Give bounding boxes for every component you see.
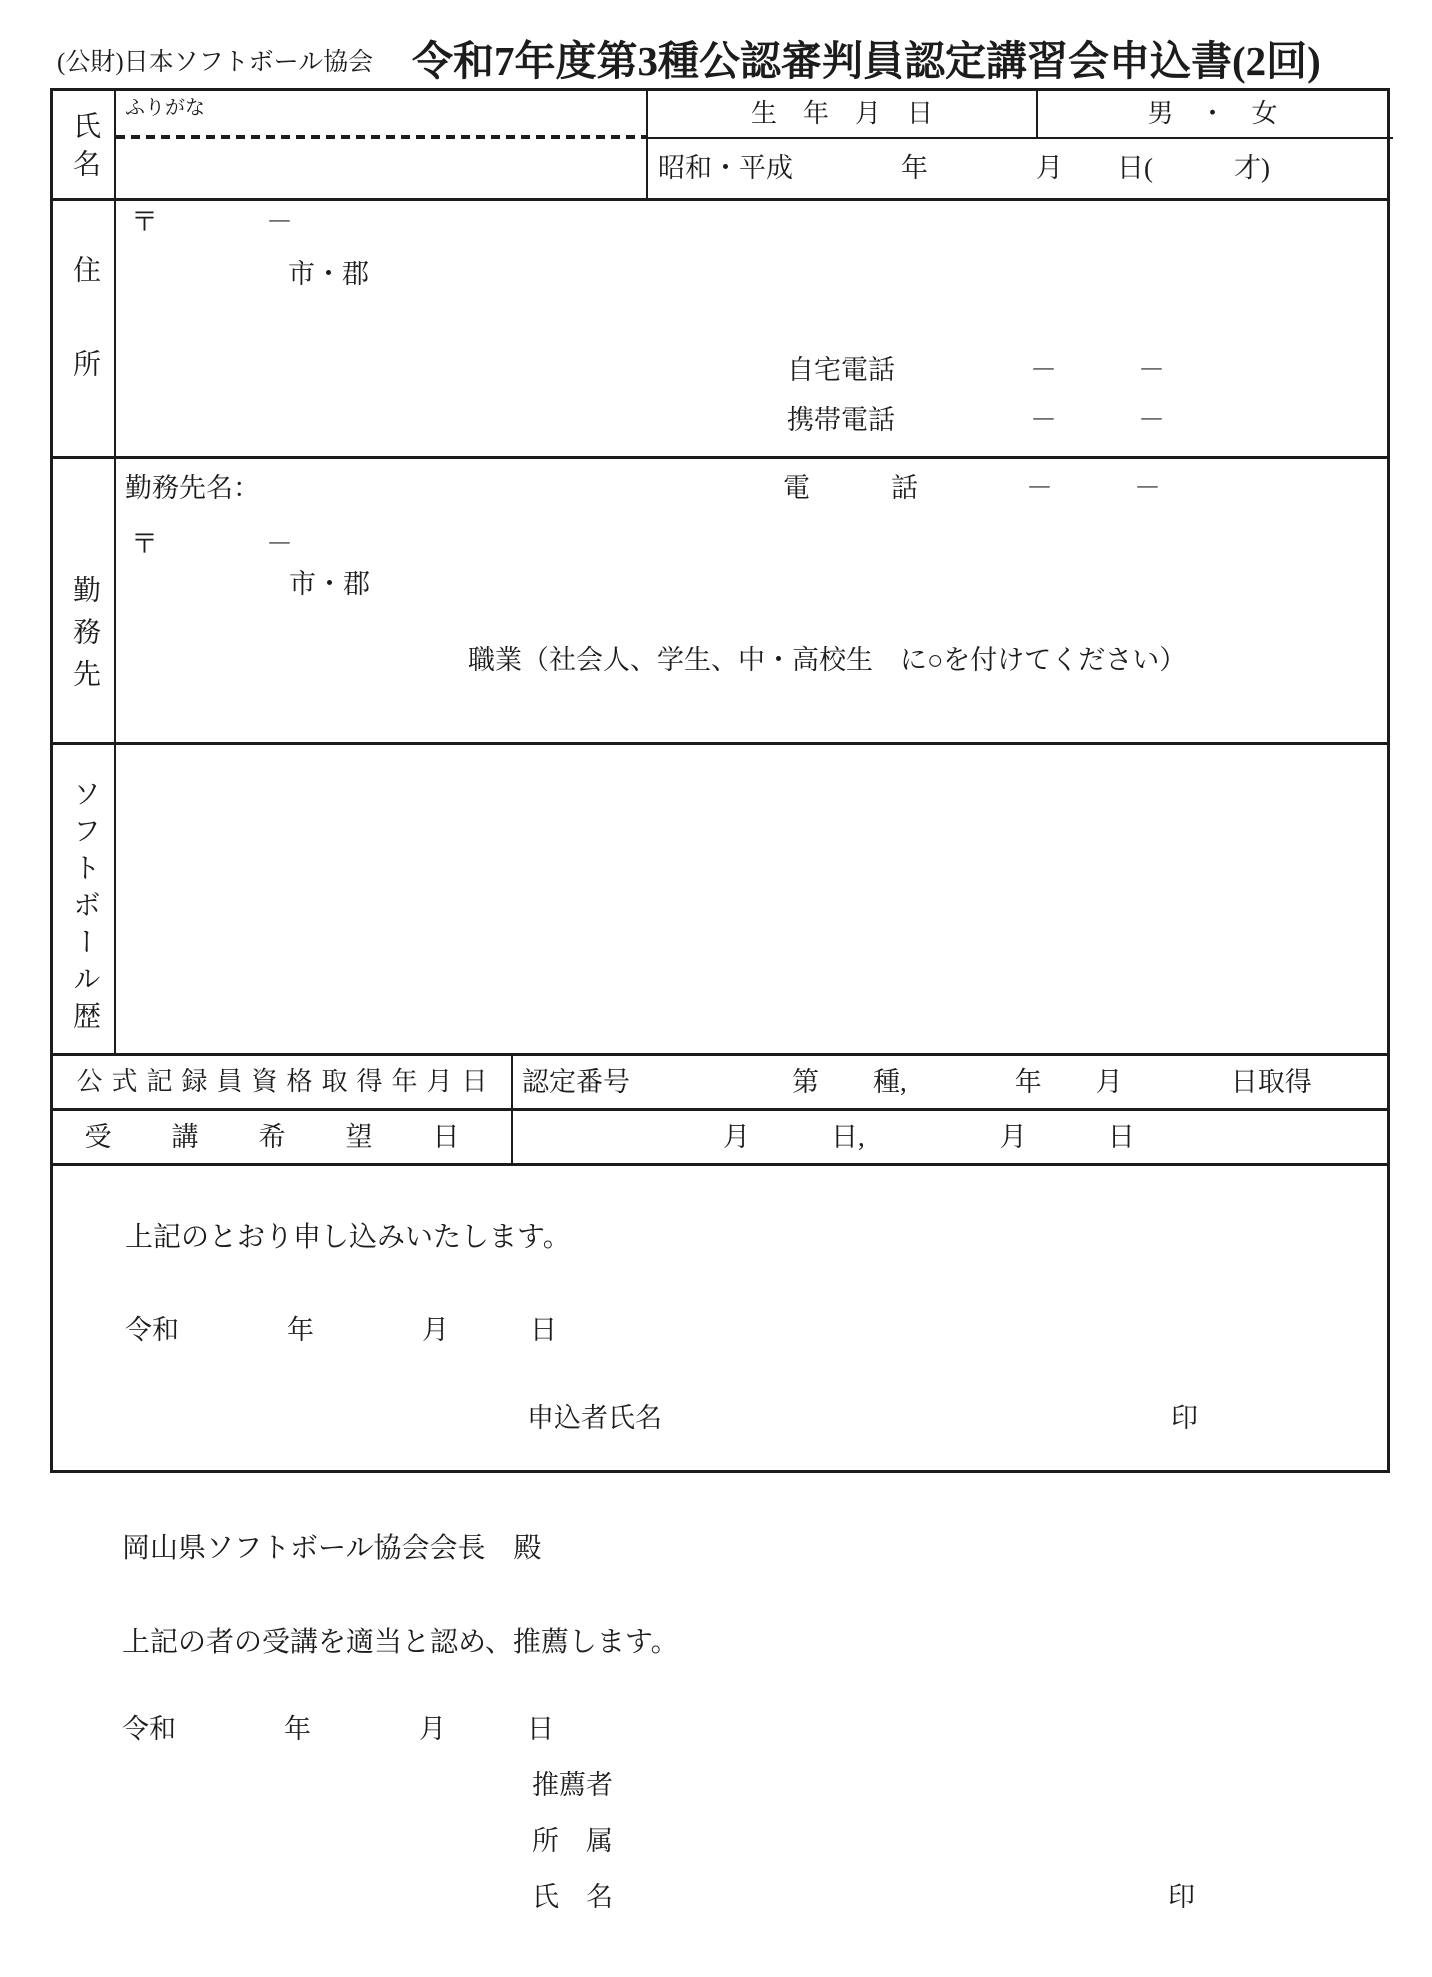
recorder-qualification-label: 公式記録員資格取得年月日	[53, 1056, 511, 1108]
recommender-name-label: 氏 名	[532, 1880, 613, 1914]
company-name-label: 勤務先名：	[125, 471, 260, 505]
furigana-dashed-line	[116, 135, 646, 139]
page-title: 令和7年度第3種公認審判員認定講習会申込書(2回)	[412, 28, 1321, 87]
address-city-county: 市・郡	[288, 257, 369, 291]
organization-name: (公財)日本ソフトボール協会	[57, 42, 373, 78]
application-form-page: (公財)日本ソフトボール協会 令和7年度第3種公認審判員認定講習会申込書(2回)…	[0, 0, 1432, 1977]
recommendation-statement: 上記の者の受講を適当と認め、推薦します。	[122, 1626, 679, 1660]
home-phone-line: 自宅電話 － －	[787, 353, 1165, 387]
row-divider-address-work	[53, 456, 1387, 459]
work-phone-line: 電 話 － －	[783, 471, 1161, 505]
affiliation-label: 所 属	[532, 1824, 613, 1858]
work-city-county: 市・郡	[289, 567, 370, 601]
declaration-statement: 上記のとおり申し込みいたします。	[125, 1221, 571, 1255]
mobile-phone-line: 携帯電話 － －	[787, 403, 1165, 437]
preferred-date-entry: 月 日, 月 日	[723, 1111, 1135, 1163]
name-row-label: 氏名	[70, 111, 98, 187]
recommendation-date-line: 令和 年 月 日	[122, 1712, 554, 1746]
birth-date-entry-line: 昭和・平成 年 月 日( 才)	[658, 151, 1270, 185]
row-divider-preference-declaration	[53, 1163, 1387, 1166]
address-postal-line: 〒 －	[131, 205, 293, 239]
recommender-seal-mark: 印	[1168, 1880, 1195, 1914]
softball-history-label: ソフトボール歴	[70, 779, 98, 1038]
birth-date-header: 生 年 月 日	[648, 91, 1036, 137]
recommender-label: 推薦者	[532, 1768, 613, 1802]
recorder-qualification-entry: 認定番号 第 種, 年 月 日取得	[522, 1056, 1312, 1108]
preferred-date-label: 受講希望日	[53, 1111, 511, 1163]
occupation-line: 職業（社会人、学生、中・高校生 に○を付けてください）	[468, 643, 1186, 677]
applicant-seal-mark: 印	[1171, 1401, 1198, 1435]
label-column-divider	[114, 91, 116, 1053]
declaration-date-line: 令和 年 月 日	[125, 1313, 557, 1347]
work-row-label: 勤務先	[70, 575, 98, 701]
form-table: 氏名 ふりがな 生 年 月 日 男 ・ 女 昭和・平成 年 月 日( 才) 住所…	[50, 88, 1390, 1473]
furigana-label: ふりがな	[125, 96, 205, 120]
birth-header-underline	[648, 137, 1393, 139]
work-postal-line: 〒 －	[131, 527, 293, 561]
applicant-name-label: 申込者氏名	[527, 1401, 662, 1435]
row-divider-work-history	[53, 742, 1387, 745]
row-divider-name-address	[53, 198, 1387, 201]
gender-header: 男 ・ 女	[1038, 91, 1387, 137]
addressee-line: 岡山県ソフトボール協会会長 殿	[122, 1532, 541, 1566]
address-row-label: 住所	[70, 255, 98, 443]
